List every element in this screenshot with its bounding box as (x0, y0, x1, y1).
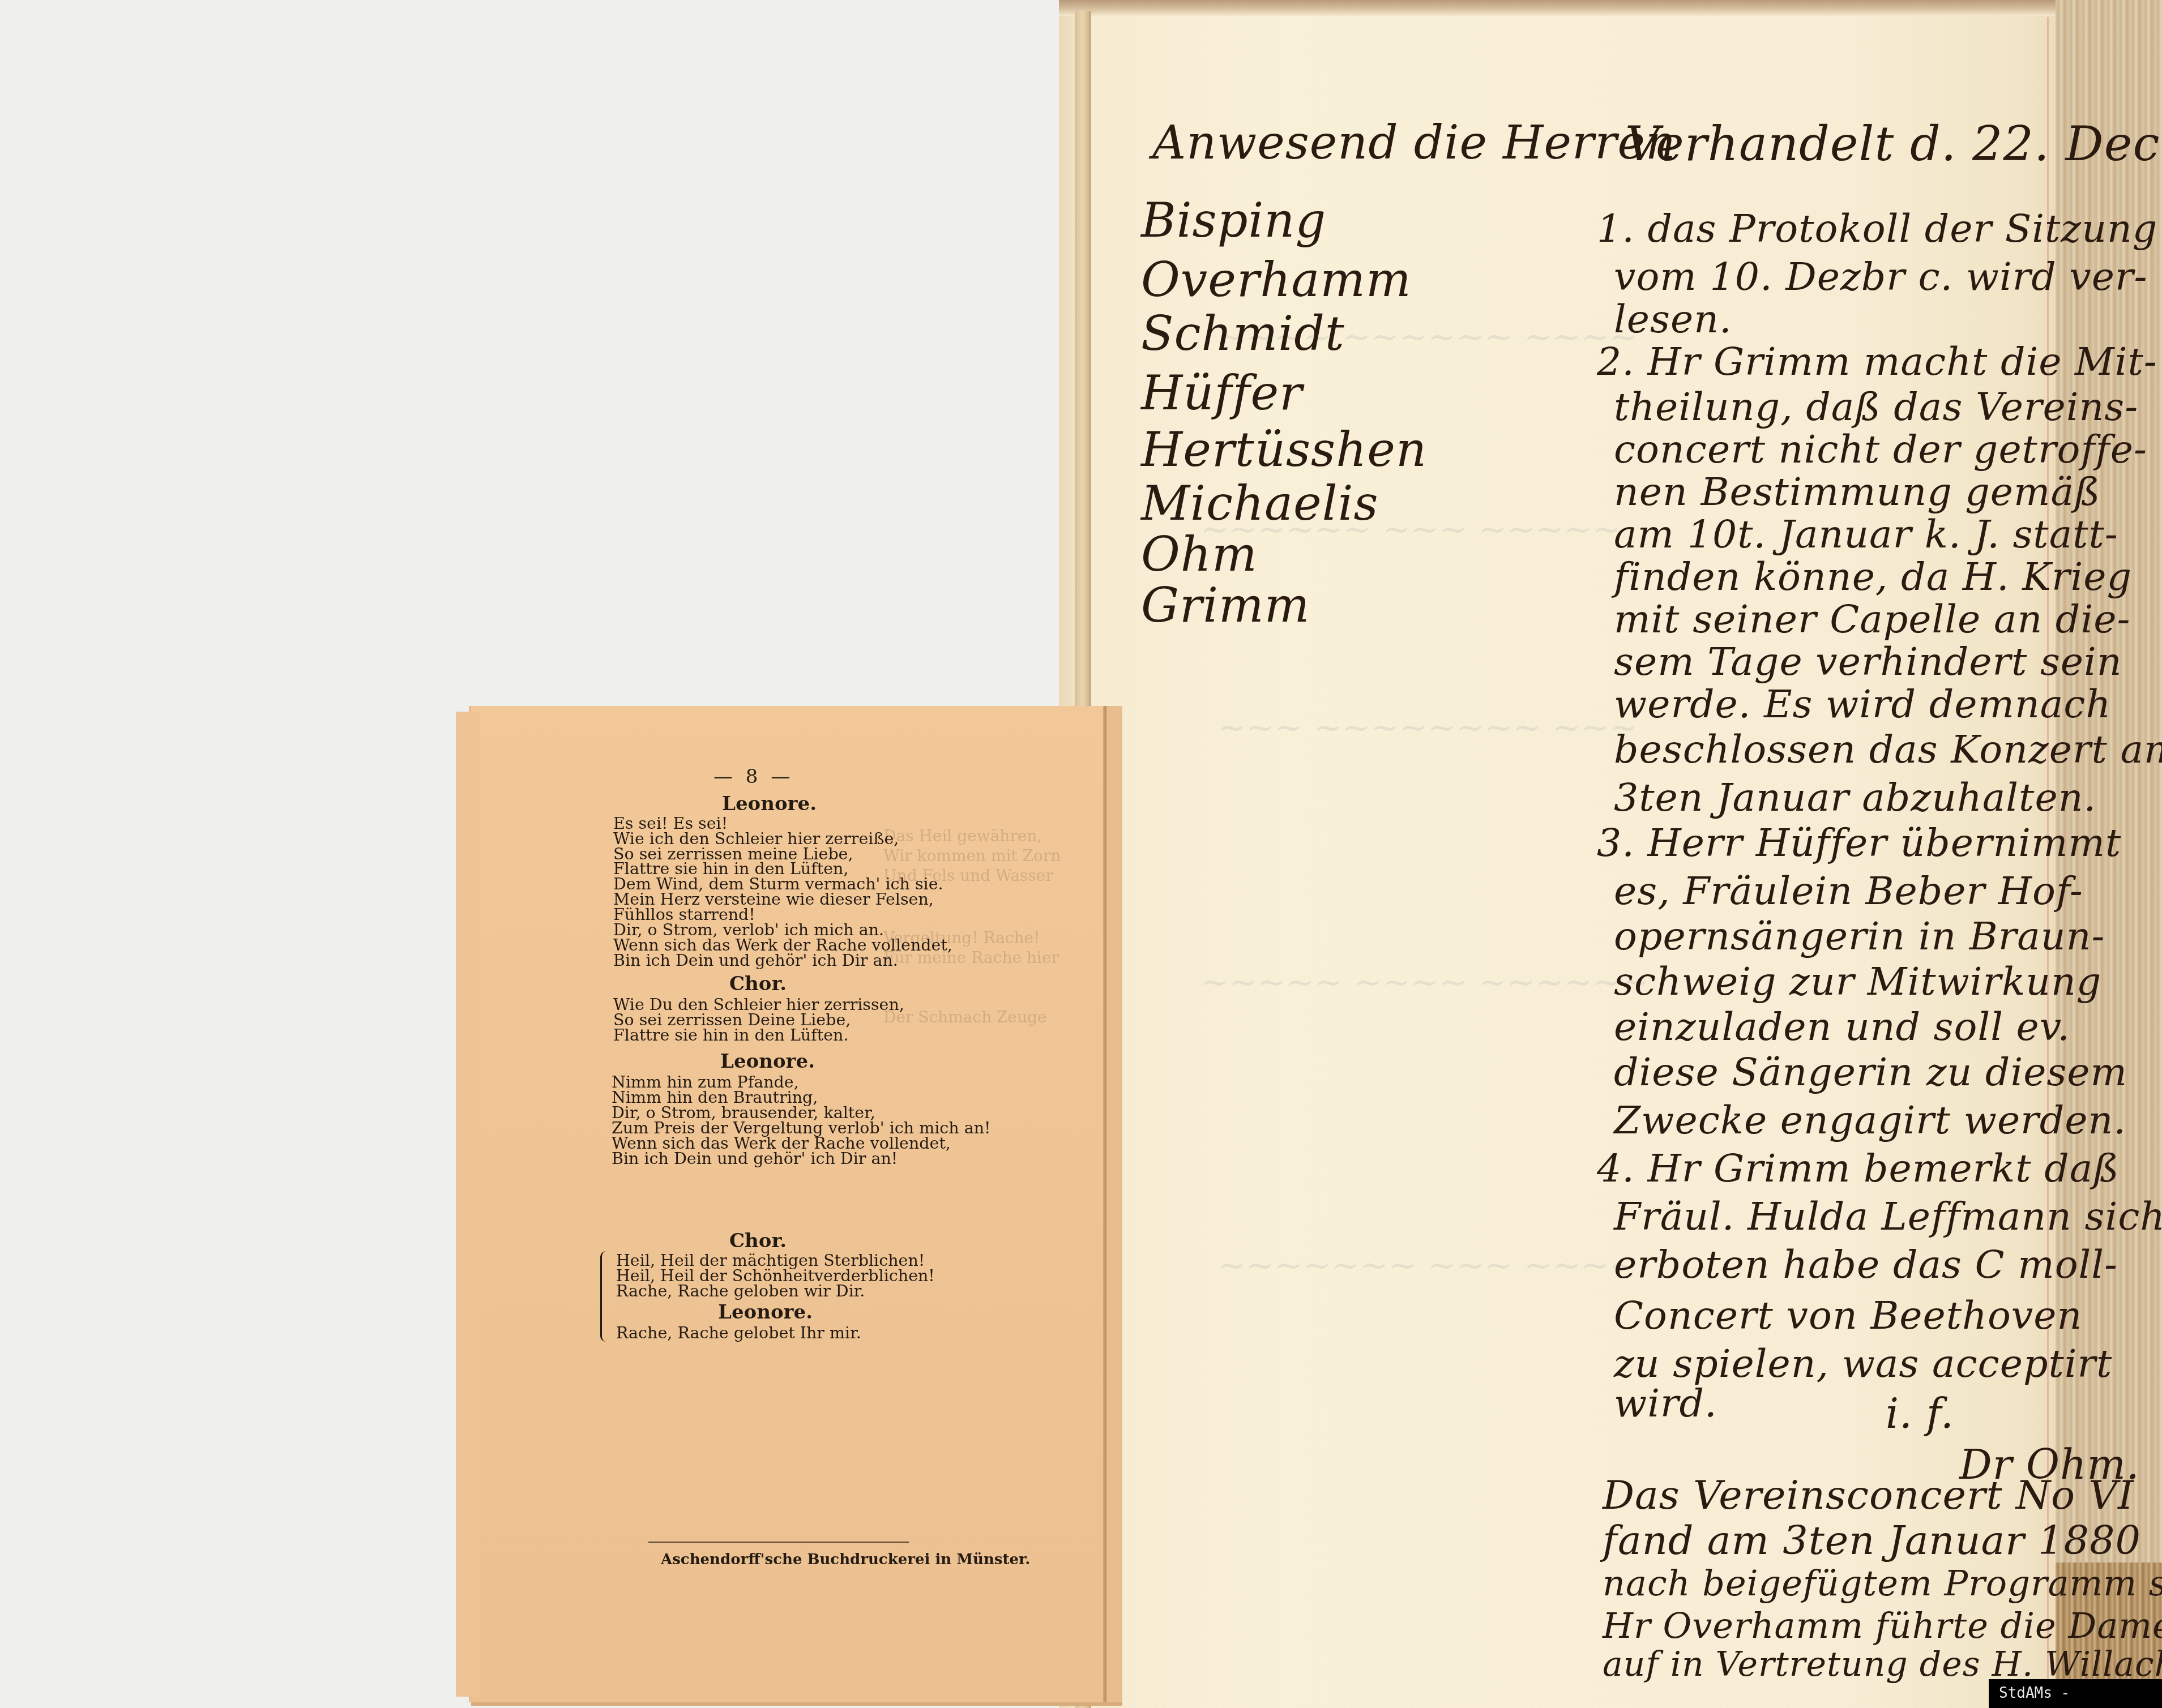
attendee-name: Grimm (1141, 577, 1310, 633)
minute-line: es, Fräulein Beber Hof- (1614, 869, 2083, 914)
pamphlet-back-sheet (456, 712, 480, 1697)
minute-line: theilung, daß das Vereins- (1614, 385, 2138, 430)
attendees-heading: Anwesend die Herren (1152, 116, 1676, 170)
minute-line: lesen. (1614, 297, 1732, 342)
minute-line: finden könne, da H. Krieg (1614, 555, 2132, 600)
minute-line: mit seiner Capelle an die- (1614, 597, 2130, 642)
page-number: — 8 — (713, 765, 793, 788)
minute-line: sem Tage verhindert sein (1614, 640, 2122, 684)
attendee-name: Ohm (1141, 526, 1258, 582)
minute-line: 2. Hr Grimm macht die Mit- (1597, 340, 2157, 384)
concert-note-line: Das Vereinsconcert No VI (1603, 1472, 2134, 1518)
attendee-name: Hüffer (1141, 365, 1302, 421)
speaker-heading: Chor. (729, 1230, 787, 1252)
chorus-brace (600, 1251, 610, 1342)
minute-line: opernsängerin in Braun- (1614, 914, 2105, 959)
bleed-through-ink: ~~~ ~~~~~~~~ ~~~ (1217, 708, 1638, 747)
minute-line: Fräul. Hulda Leffmann sich (1614, 1195, 2162, 1239)
minute-line: concert nicht der getroffe- (1614, 427, 2147, 472)
concert-note-line: nach beigefügtem Programm statt. (1603, 1563, 2162, 1604)
attendee-name: Bisping (1141, 192, 1326, 248)
minute-line: einzuladen und soll ev. (1614, 1005, 2070, 1050)
attendee-name: Schmidt (1141, 306, 1345, 361)
minute-line: 3ten Januar abzuhalten. (1614, 776, 2096, 820)
bleed-through-print: Der Schmach Zeuge (883, 1008, 1047, 1026)
page-top-edge (1059, 0, 2162, 16)
verse-line: Flattre sie hin in den Lüften. (613, 1026, 849, 1045)
minute-line: erboten habe das C moll- (1614, 1243, 2118, 1287)
minute-line: Zwecke engagirt werden. (1614, 1098, 2126, 1143)
minute-line: am 10t. Januar k. J. statt- (1614, 512, 2118, 557)
attendee-name: Overhamm (1141, 252, 1412, 307)
bleed-through-print: Wir kommen mit Zorn (883, 846, 1061, 865)
minute-line: vom 10. Dezbr c. wird ver- (1614, 255, 2148, 299)
minute-line: zu spielen, was acceptirt (1614, 1342, 2112, 1386)
bleed-through-print: Das Heil gewähren, (883, 827, 1042, 845)
concert-note-line: Hr Overhamm führte die Damen (1603, 1605, 2162, 1646)
minute-line: 4. Hr Grimm bemerkt daß (1597, 1146, 2120, 1191)
meeting-date-heading: Verhandelt d. 22. Decbr 1879 (1625, 116, 2162, 172)
concert-note-line: fand am 3ten Januar 1880 (1603, 1517, 2141, 1564)
verse-line: Bin ich Dein und gehör' ich Dir an. (613, 951, 898, 970)
verse-line: Rache, Rache gelobet Ihr mir. (616, 1324, 861, 1342)
speaker-heading: Leonore. (720, 1050, 815, 1073)
concert-note-line: auf in Vertretung des H. Willach. (1603, 1645, 2162, 1684)
minute-line: 3. Herr Hüffer übernimmt (1597, 821, 2121, 866)
minute-line: Concert von Beethoven (1614, 1294, 2082, 1338)
verse-line: Rache, Rache geloben wir Dir. (616, 1282, 865, 1300)
archive-id-caption: StdAMs - MV_003_087 (1989, 1679, 2162, 1708)
attendee-name: Michaelis (1141, 476, 1379, 531)
bleed-through-ink: ~~~~~~~ ~~~ ~~~~ (1217, 1245, 1638, 1285)
speaker-heading: Leonore. (722, 793, 817, 815)
pamphlet-fold-strip (1106, 706, 1122, 1702)
minute-line: beschlossen das Konzert am (1614, 727, 2162, 772)
minute-line: wird. (1614, 1381, 1717, 1426)
minute-line: nen Bestimmung gemäß (1614, 470, 2101, 515)
minute-line: schweig zur Mitwirkung (1614, 960, 2101, 1004)
minute-line: diese Sängerin zu diesem (1614, 1050, 2127, 1095)
speaker-heading: Chor. (729, 973, 787, 995)
verse-line: Bin ich Dein und gehör' ich Dir an! (612, 1149, 898, 1168)
printer-imprint: Aschendorff'sche Buchdruckerei in Münste… (661, 1551, 1030, 1568)
minute-line: werde. Es wird demnach (1614, 682, 2111, 727)
bleed-through-ink: ~~~~~ ~~~~ ~~~~~~ (1200, 962, 1649, 1002)
signature-prefix: i. f. (1886, 1390, 1954, 1437)
speaker-heading: Leonore. (718, 1301, 813, 1324)
minute-line: 1. das Protokoll der Sitzung (1597, 207, 2157, 251)
attendee-name: Hertüsshen (1141, 422, 1427, 477)
printer-rule (648, 1542, 909, 1543)
